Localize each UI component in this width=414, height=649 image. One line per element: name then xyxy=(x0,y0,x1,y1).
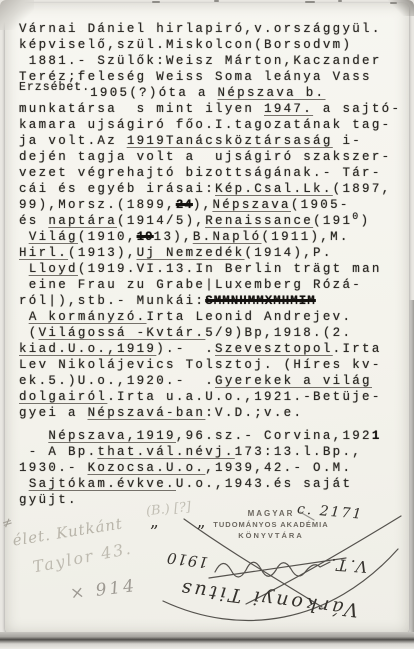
typed-line: 1881.- Szülők:Weisz Márton,Kaczander xyxy=(19,53,403,69)
typed-line: dején tagja volt a ujságiró szakszer- xyxy=(19,149,403,165)
typed-segment: (1914/5), xyxy=(117,214,205,228)
typed-segment: a sajtó- xyxy=(313,102,401,116)
typed-segment: ja volt.Az xyxy=(19,134,127,148)
typed-segment: i- xyxy=(333,134,362,148)
typed-segment: A kormányzó. xyxy=(29,310,147,324)
typed-segment: 1881.- Szülők:Weisz Márton,Kaczander xyxy=(19,54,382,68)
ink-quote-marks: „„ xyxy=(150,512,244,532)
typed-line: és naptára(1914/5),Renaissance(1910) xyxy=(19,213,403,229)
typed-segment: Hirl. xyxy=(19,246,68,260)
typed-segment: és xyxy=(19,214,48,228)
typed-segment: ,1939,42.- O.M. xyxy=(205,461,352,475)
typed-segment: Renaissance xyxy=(205,214,313,228)
typed-line: képviselő,szül.Miskolcon(Borsodvm) xyxy=(19,37,403,53)
typed-segment: gyüjt. xyxy=(19,493,78,507)
scan-speck xyxy=(214,0,219,2)
typed-line: ja volt.Az 1919Tanácsköztársaság i- xyxy=(19,133,403,149)
typed-segment xyxy=(19,262,29,276)
scan-speck xyxy=(390,2,397,4)
typed-line: Lloyd(1919.VI.13.In Berlin trägt man xyxy=(19,261,403,277)
typed-segment xyxy=(19,477,29,491)
typed-segment: Gyerekek a világ xyxy=(215,374,372,388)
typed-line: 99),Morsz.(1899,24),Népszava(1905- xyxy=(19,197,403,213)
scan-speck xyxy=(152,1,160,3)
scan-speck xyxy=(338,0,342,2)
typed-line: Lev Nikolájevics Tolsztoj. (Híres kv- xyxy=(19,357,403,373)
typed-segment: Uj Nemzedék xyxy=(137,246,245,260)
typed-segment: dején tagja volt a ujságiró szakszer- xyxy=(19,150,391,164)
typed-segment: Világossá -Kvtár. xyxy=(39,326,206,340)
typed-segment: that.vál.névj. xyxy=(97,445,234,459)
typed-segment: Irta Leonid Andrejev. xyxy=(146,310,352,324)
typed-line: Világ(1910,1913),B.Napló(1911),M. xyxy=(19,229,403,245)
typed-segment: (1905- xyxy=(291,198,350,212)
typed-line: Erzsébet.1905(?)óta a Népszava b. xyxy=(19,85,403,101)
typed-segment: naptára xyxy=(48,214,117,228)
typed-segment: SMMNHMMXMHMIM xyxy=(205,294,316,308)
typed-segment: Népszava xyxy=(212,198,290,212)
typed-line: ról|),stb.- Munkái:SMMNHMMXMHMIM xyxy=(19,293,403,309)
typed-line: dolgairól.Irta u.a.U.o.,1921.-Betüje- xyxy=(19,389,403,405)
typed-segment: 13), xyxy=(154,230,193,244)
typed-segment: ról|),stb.- Munkái: xyxy=(19,294,205,308)
typed-gap xyxy=(19,421,403,428)
typed-segment: 24 xyxy=(176,198,193,212)
scanned-catalog-card-photo: Várnai Dániel hirlapiró,v.országgyül.kép… xyxy=(0,0,414,649)
typed-segment: gyei a xyxy=(19,406,88,420)
typed-line: kamara ujságiró főo.I.tagozatának tag- xyxy=(19,117,403,133)
typed-text-block: Várnai Dániel hirlapiró,v.országgyül.kép… xyxy=(19,21,403,508)
typed-segment: Várnai Dániel hirlapiró,v.országgyül. xyxy=(19,22,382,36)
typed-line: Sajtókam.évkve.U.o.,1943.és saját xyxy=(19,476,403,492)
typed-segment: vezet végrehajtó bizottságának.- Tár- xyxy=(19,166,382,180)
typed-segment: Lloyd xyxy=(29,262,78,276)
typed-segment xyxy=(19,230,29,244)
typed-line: Várnai Dániel hirlapiró,v.országgyül. xyxy=(19,21,403,37)
typed-line: vezet végrehajtó bizottságának.- Tár- xyxy=(19,165,403,181)
photo-edge-bottom xyxy=(0,632,414,649)
typed-segment: :V.D.;v.e. xyxy=(205,406,303,420)
typed-line: eine Frau zu Grabe|Luxemberg Rózá- xyxy=(19,277,403,293)
typed-segment: ) xyxy=(361,214,371,228)
typed-segment: cái és egyéb irásai: xyxy=(19,182,215,196)
typed-segment: (191 xyxy=(313,214,352,228)
typed-segment: B.Napló xyxy=(193,230,262,244)
typed-segment: munkatársa s mint ilyen xyxy=(19,102,264,116)
typed-segment: 1930.- xyxy=(19,461,88,475)
typed-segment xyxy=(19,310,29,324)
typed-segment: ,96.sz.- Corvina,192 xyxy=(176,429,372,443)
typed-segment: 173:13.l.Bp., xyxy=(235,445,362,459)
typed-segment: (1897, xyxy=(333,182,392,196)
typed-segment: 1919Tanácsköztársaság xyxy=(127,134,333,148)
photo-edge-shadow-right xyxy=(409,300,414,639)
typed-segment: 1905(?)óta a xyxy=(90,86,217,100)
typed-segment: Népszavá-ban xyxy=(88,406,206,420)
typed-segment: képviselő,szül.Miskolcon(Borsodvm) xyxy=(19,38,352,52)
typed-line: 1930.- Kozocsa.U.o.,1939,42.- O.M. xyxy=(19,460,403,476)
typed-segment: U.o.,1943.és saját xyxy=(176,477,352,491)
typed-line: Népszava,1919,96.sz.- Corvina,1921 xyxy=(19,428,403,444)
typed-segment: (1911),M. xyxy=(261,230,349,244)
typed-line: gyei a Népszavá-ban:V.D.;v.e. xyxy=(19,405,403,421)
typed-segment: .Irta xyxy=(333,342,382,356)
stamp-line-3: KÖNYVTÁRA xyxy=(196,531,346,540)
typed-segment: Erzsébet. xyxy=(19,80,90,96)
typed-line: ek.5.)U.o.,1920.- .Gyerekek a világ xyxy=(19,373,403,389)
typed-line: (Világossá -Kvtár.5/9)Bp,1918.(2. xyxy=(19,325,403,341)
typed-segment: 0 xyxy=(352,210,360,226)
typed-segment: (1919.VI.13.In Berlin trägt man xyxy=(78,262,382,276)
typed-segment: ek.5.)U.o.,1920.- . xyxy=(19,374,215,388)
typed-segment: Népszava,1919 xyxy=(48,429,175,443)
scan-speck xyxy=(305,1,315,3)
typed-line: - A Bp.that.vál.névj.173:13.l.Bp., xyxy=(19,444,403,460)
typed-segment: ( xyxy=(19,326,39,340)
typed-segment: 19 xyxy=(137,230,154,244)
typed-segment: - A Bp. xyxy=(19,445,97,459)
typed-line: Hirl.(1913),Uj Nemzedék(1914),P. xyxy=(19,245,403,261)
typed-segment: Világ xyxy=(29,230,78,244)
typed-line: cái és egyéb irásai:Kép.Csal.Lk.(1897, xyxy=(19,181,403,197)
typed-segment: 99),Morsz.(1899, xyxy=(19,198,176,212)
typed-segment: eine Frau zu Grabe|Luxemberg Rózá- xyxy=(19,278,362,292)
typed-segment: (1910, xyxy=(78,230,137,244)
typed-segment: 1 xyxy=(372,429,382,443)
typed-line: kiad.U.o.,1919).- .Szevesztopol.Irta xyxy=(19,341,403,357)
typed-line: munkatársa s mint ilyen 1947. a sajtó- xyxy=(19,101,403,117)
typed-segment xyxy=(19,429,48,443)
typed-segment: dolgairól xyxy=(19,390,107,404)
typed-segment: (1913), xyxy=(68,246,137,260)
typed-segment: Szevesztopol xyxy=(215,342,333,356)
typed-segment: (1914),P. xyxy=(244,246,332,260)
typed-segment: kiad.U.o.,1919 xyxy=(19,342,156,356)
typed-segment: Sajtókam.évkve. xyxy=(29,477,176,491)
typed-segment: .Irta u.a.U.o.,1921.-Betüje- xyxy=(107,390,381,404)
typed-segment: 1947. xyxy=(264,102,313,116)
typed-segment: kamara ujságiró főo.I.tagozatának tag- xyxy=(19,118,391,132)
typed-segment: Lev Nikolájevics Tolsztoj. (Híres kv- xyxy=(19,358,382,372)
ink-inverted-initials: V.T. xyxy=(327,555,367,577)
typed-segment: 5/9)Bp,1918.(2. xyxy=(205,326,352,340)
typed-segment: ), xyxy=(193,198,213,212)
typed-segment: ).- . xyxy=(156,342,215,356)
typed-segment: Népszava b. xyxy=(218,86,326,100)
typed-segment: Kép.Csal.Lk. xyxy=(215,182,333,196)
typed-segment: Kozocsa.U.o. xyxy=(88,461,206,475)
typed-line: A kormányzó.Irta Leonid Andrejev. xyxy=(19,309,403,325)
